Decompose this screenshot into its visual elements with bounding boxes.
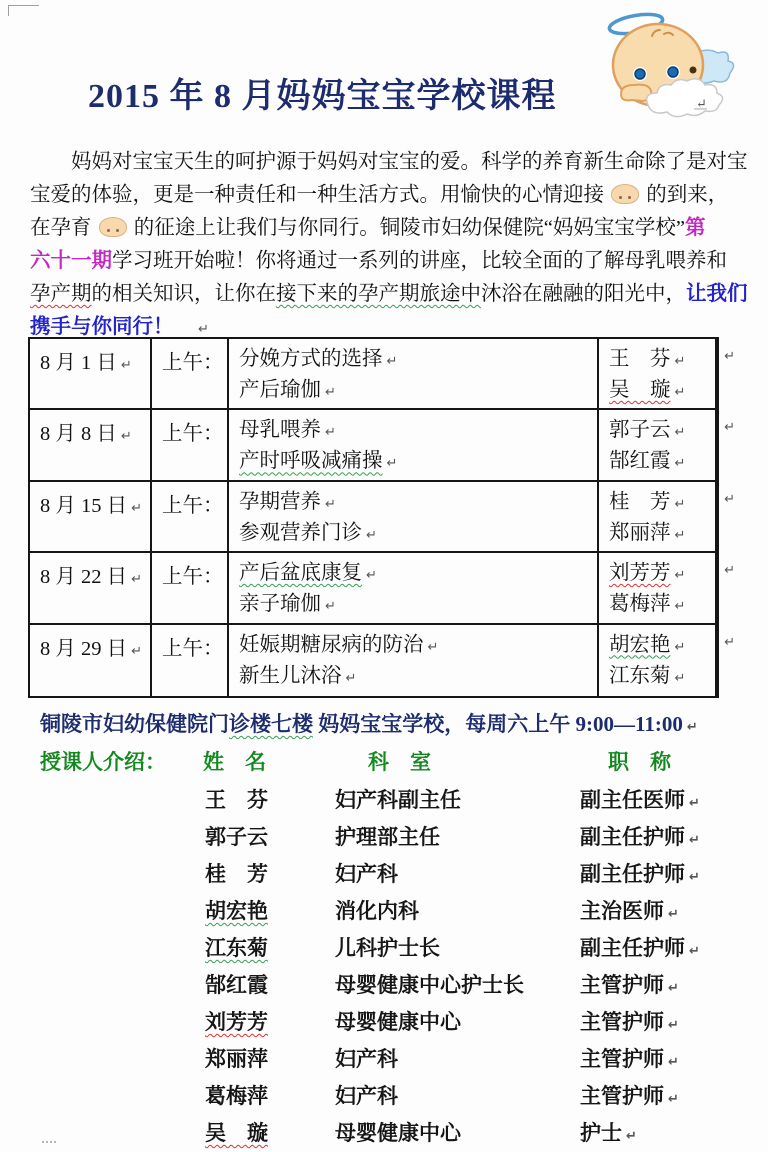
baby-eye-right bbox=[668, 67, 678, 77]
paragraph-line: 在孕育 的征途上让我们与你同行。铜陵市妇幼保健院“妈妈宝宝学校”第 bbox=[30, 213, 754, 246]
topic-line: 产后盆底康复↵ bbox=[239, 559, 595, 590]
location-time-note: 铜陵市妇幼保健院门诊楼七楼 妈妈宝宝学校，每周六上午 9:00—11:00↵ bbox=[40, 708, 698, 738]
instructor-department: 母婴健康中心 bbox=[335, 1006, 461, 1036]
text-segment: 在孕育 bbox=[30, 217, 97, 239]
text-segment: 让我们 bbox=[686, 283, 748, 305]
instructor-title: 副主任护师↵ bbox=[580, 858, 700, 888]
text-segment: 接下来的孕产期旅途中 bbox=[276, 283, 481, 305]
text-segment: 郜红霞 bbox=[609, 450, 671, 472]
text-segment: 郑丽萍 bbox=[609, 522, 671, 544]
text-segment: 郭子云 bbox=[609, 419, 671, 441]
text-segment: 第 bbox=[685, 217, 706, 239]
instructor-name-line: 郭子云↵ bbox=[609, 416, 713, 447]
text-segment bbox=[174, 316, 195, 338]
paragraph-mark: ↵ bbox=[675, 425, 686, 440]
text-segment: 王 芬 bbox=[609, 348, 671, 370]
paragraph-mark: ↵ bbox=[675, 568, 686, 583]
instructor-title: 主管护师↵ bbox=[580, 969, 679, 999]
text-segment: 沐浴在融融的阳光中， bbox=[481, 283, 686, 305]
list-item: 胡宏艳消化内科主治医师↵ bbox=[40, 895, 752, 932]
text-segment: 主管护师 bbox=[580, 1084, 664, 1108]
topic-cell: 妊娠期糖尿病的防治↵新生儿沐浴↵ bbox=[229, 625, 599, 696]
angel-baby-illustration bbox=[576, 6, 744, 120]
paragraph-mark: ↵ bbox=[668, 907, 679, 922]
instructor-list-header: 授课人介绍：姓 名科 室职 称 bbox=[40, 746, 752, 784]
text-segment: 上午： bbox=[162, 352, 224, 374]
paragraph-mark: ↵ bbox=[366, 528, 377, 543]
time-cell: 上午：↵ bbox=[152, 410, 229, 479]
instructor-name-line: 江东菊↵ bbox=[609, 662, 713, 693]
list-item: 王 芬妇产科副主任副主任医师↵ bbox=[40, 784, 752, 821]
paragraph-mark: ↵ bbox=[346, 671, 357, 686]
text-segment: 吴 璇 bbox=[609, 379, 671, 401]
paragraph-mark: ↵ bbox=[675, 385, 686, 400]
text-segment: 上午： bbox=[162, 423, 224, 445]
list-item: 刘芳芳母婴健康中心主管护师↵ bbox=[40, 1006, 752, 1043]
text-segment: 8 月 15 日 bbox=[40, 495, 127, 517]
paragraph-mark: ↵ bbox=[428, 640, 439, 655]
date-cell: 8 月 29 日↵ bbox=[30, 625, 152, 696]
instructor-department: 母婴健康中心 bbox=[335, 1117, 461, 1147]
topic-line: 产时呼吸减痛操↵ bbox=[239, 447, 595, 478]
instructor-name-line: 王 芬↵ bbox=[609, 345, 713, 376]
paragraph-line: 妈妈对宝宝天生的呵护源于妈妈对宝宝的爱。科学的养育新生命除了是对宝 bbox=[30, 147, 754, 180]
paragraph-mark: ↵ bbox=[366, 568, 377, 583]
paragraph-mark: ↵ bbox=[387, 354, 398, 369]
topic-line: 孕期营养↵ bbox=[239, 488, 595, 519]
paragraph-mark: ↵ bbox=[325, 497, 336, 512]
topic-line: 妊娠期糖尿病的防治↵ bbox=[239, 631, 595, 662]
table-row: 8 月 22 日↵上午：↵产后盆底康复↵亲子瑜伽↵刘芳芳↵葛梅萍↵↵ bbox=[30, 553, 717, 624]
table-row: 8 月 29 日↵上午：↵妊娠期糖尿病的防治↵新生儿沐浴↵胡宏艳↵江东菊↵↵ bbox=[30, 625, 717, 696]
text-segment: 参观营养门诊 bbox=[239, 522, 362, 544]
text-segment: 诊楼七楼 bbox=[229, 712, 313, 736]
text-segment: 母乳喂养 bbox=[239, 419, 321, 441]
instructor-department: 妇产科副主任 bbox=[335, 784, 461, 814]
text-segment: 主管护师 bbox=[580, 1047, 664, 1071]
baby-face-icon bbox=[611, 184, 639, 204]
paragraph-mark: ↵ bbox=[689, 796, 700, 811]
date-cell: 8 月 1 日↵ bbox=[30, 339, 152, 408]
paragraph-mark: ↵ bbox=[626, 1129, 637, 1144]
paragraph-mark: ↵ bbox=[325, 599, 336, 614]
text-segment: 产后盆底康复 bbox=[239, 562, 362, 584]
topic-line: 参观营养门诊↵ bbox=[239, 519, 595, 550]
paragraph-mark: ↵ bbox=[675, 354, 686, 369]
text-segment: 护士 bbox=[580, 1121, 622, 1145]
paragraph-mark: ↵ bbox=[689, 944, 700, 959]
paragraph-mark: ↵ bbox=[325, 425, 336, 440]
text-segment: 孕期营养 bbox=[239, 491, 321, 513]
intro-paragraph: 妈妈对宝宝天生的呵护源于妈妈对宝宝的爱。科学的养育新生命除了是对宝宝爱的体验，更… bbox=[30, 147, 754, 345]
paragraph-mark: ↵ bbox=[668, 981, 679, 996]
instructor-department: 妇产科 bbox=[335, 1043, 398, 1073]
instructor-name: 胡宏艳 bbox=[205, 895, 268, 925]
text-segment: 上午： bbox=[162, 566, 224, 588]
paragraph-mark: ↵ bbox=[675, 528, 686, 543]
text-segment: 六十一期 bbox=[30, 250, 112, 272]
text-segment: 分娩方式的选择 bbox=[239, 348, 383, 370]
paragraph-mark: ↵ bbox=[131, 501, 142, 516]
paragraph-mark: ↵ bbox=[668, 1092, 679, 1107]
paragraph-line: 宝爱的体验，更是一种责任和一种生活方式。用愉快的心情迎接 的到来， bbox=[30, 180, 754, 213]
list-item: 桂 芳妇产科副主任护师↵ bbox=[40, 858, 752, 895]
paragraph-mark: ↵ bbox=[689, 870, 700, 885]
text-segment: 携手与你同行！ bbox=[30, 316, 174, 338]
text-segment: 上午： bbox=[162, 495, 224, 517]
text-segment: 副主任医师 bbox=[580, 788, 685, 812]
document-page: 2015 年 8 月妈妈宝宝学校课程 ↵ 妈妈对宝宝天生的呵护源于妈妈对宝宝的爱… bbox=[0, 0, 768, 1152]
instructor-title: 护士↵ bbox=[580, 1117, 637, 1147]
baby-ear-dot bbox=[690, 67, 697, 74]
instructor-department: 儿科护士长 bbox=[335, 932, 440, 962]
instructor-department: 母婴健康中心护士长 bbox=[335, 969, 524, 999]
text-segment: 副主任护师 bbox=[580, 825, 685, 849]
column-header: 职 称 bbox=[608, 746, 671, 776]
row-end-mark: ↵ bbox=[724, 563, 735, 578]
paragraph-mark: ↵ bbox=[121, 429, 132, 444]
baby-eye-left bbox=[635, 69, 645, 79]
instructor-name: 葛梅萍 bbox=[205, 1080, 268, 1110]
paragraph-mark: ↵ bbox=[131, 644, 142, 659]
topic-cell: 孕期营养↵参观营养门诊↵ bbox=[229, 482, 599, 551]
text-segment: 8 月 22 日 bbox=[40, 566, 127, 588]
list-item: 吴 璇母婴健康中心护士↵ bbox=[40, 1117, 752, 1152]
instructor-title: 副主任护师↵ bbox=[580, 932, 700, 962]
list-item: 郭子云护理部主任副主任护师↵ bbox=[40, 821, 752, 858]
list-item: 葛梅萍妇产科主管护师↵ bbox=[40, 1080, 752, 1117]
instructor-department: 妇产科 bbox=[335, 1080, 398, 1110]
paragraph-mark: ↵ bbox=[668, 1018, 679, 1033]
instructor-name: 吴 璇 bbox=[205, 1117, 268, 1147]
text-segment: 8 月 1 日 bbox=[40, 352, 117, 374]
row-end-mark: ↵ bbox=[724, 420, 735, 435]
instructor-name: 桂 芳 bbox=[205, 858, 268, 888]
text-segment: 妈妈对宝宝天生的呵护源于妈妈对宝宝的爱。科学的养育新生命除了是对宝 bbox=[30, 151, 748, 173]
text-segment: 新生儿沐浴 bbox=[239, 665, 342, 687]
instructor-name-line: 葛梅萍↵ bbox=[609, 590, 713, 621]
text-segment: 产时呼吸减痛操 bbox=[239, 450, 383, 472]
table-row: 8 月 1 日↵上午：↵分娩方式的选择↵产后瑜伽↵王 芬↵吴 璇↵↵ bbox=[30, 339, 717, 410]
topic-line: 亲子瑜伽↵ bbox=[239, 590, 595, 621]
instructor-name-line: 郑丽萍↵ bbox=[609, 519, 713, 550]
date-cell: 8 月 15 日↵ bbox=[30, 482, 152, 551]
column-header: 科 室 bbox=[368, 746, 431, 776]
text-segment: 8 月 8 日 bbox=[40, 423, 117, 445]
paragraph-mark: ↵ bbox=[325, 385, 336, 400]
topic-line: 产后瑜伽↵ bbox=[239, 376, 595, 407]
text-boundary-corner-mark bbox=[8, 5, 39, 16]
text-segment: 上午： bbox=[162, 638, 224, 660]
text-segment: 宝爱的体验，更是一种责任和一种生活方式。用愉快的心情迎接 bbox=[30, 184, 609, 206]
instructor-name-line: 吴 璇↵ bbox=[609, 376, 713, 407]
text-segment: 的到来， bbox=[641, 184, 728, 206]
column-header: 姓 名 bbox=[203, 746, 266, 776]
text-segment: 副主任护师 bbox=[580, 936, 685, 960]
text-segment: 产后瑜伽 bbox=[239, 379, 321, 401]
instructor-cell: 郭子云↵郜红霞↵ bbox=[599, 410, 717, 479]
instructor-department: 妇产科 bbox=[335, 858, 398, 888]
instructor-name: 江东菊 bbox=[205, 932, 268, 962]
paragraph-line: 六十一期学习班开始啦！你将通过一系列的讲座，比较全面的了解母乳喂养和 bbox=[30, 246, 754, 279]
instructor-department: 消化内科 bbox=[335, 895, 419, 925]
list-item: 郜红霞母婴健康中心护士长主管护师↵ bbox=[40, 969, 752, 1006]
instructor-title: 主管护师↵ bbox=[580, 1043, 679, 1073]
paragraph-mark: ↵ bbox=[675, 640, 686, 655]
instructor-title: 副主任医师↵ bbox=[580, 784, 700, 814]
time-cell: 上午：↵ bbox=[152, 553, 229, 622]
text-segment: 副主任护师 bbox=[580, 862, 685, 886]
instructor-cell: 刘芳芳↵葛梅萍↵ bbox=[599, 553, 717, 622]
text-segment: 主管护师 bbox=[580, 1010, 664, 1034]
topic-line: 母乳喂养↵ bbox=[239, 416, 595, 447]
topic-line: 新生儿沐浴↵ bbox=[239, 662, 595, 693]
text-segment: 的相关知识，让你在 bbox=[92, 283, 277, 305]
instructor-name-line: 刘芳芳↵ bbox=[609, 559, 713, 590]
row-end-mark: ↵ bbox=[724, 492, 735, 507]
instructor-title: 主治医师↵ bbox=[580, 895, 679, 925]
instructor-title: 主管护师↵ bbox=[580, 1080, 679, 1110]
text-segment: 的征途上让我们与你同行。铜陵市妇幼保健院“妈妈宝宝学校” bbox=[129, 217, 685, 239]
paragraph-mark: ↵ bbox=[121, 358, 132, 373]
instructor-name-line: 郜红霞↵ bbox=[609, 447, 713, 478]
time-cell: 上午：↵ bbox=[152, 625, 229, 696]
instructor-cell: 桂 芳↵郑丽萍↵ bbox=[599, 482, 717, 551]
paragraph-mark: ↵ bbox=[675, 497, 686, 512]
paragraph-mark: ↵ bbox=[687, 720, 698, 735]
text-segment: 刘芳芳 bbox=[609, 562, 671, 584]
text-segment: 铜陵市妇幼保健院门 bbox=[40, 712, 229, 736]
instructors-section: 授课人介绍：姓 名科 室职 称 王 芬妇产科副主任副主任医师↵郭子云护理部主任副… bbox=[40, 746, 752, 1152]
text-segment: 主管护师 bbox=[580, 973, 664, 997]
instructor-name: 王 芬 bbox=[205, 784, 268, 814]
text-segment: 葛梅萍 bbox=[609, 593, 671, 615]
paragraph-mark: ↵ bbox=[668, 1055, 679, 1070]
text-segment: 胡宏艳 bbox=[609, 634, 671, 656]
text-segment: 8 月 29 日 bbox=[40, 638, 127, 660]
instructor-department: 护理部主任 bbox=[335, 821, 440, 851]
instructor-name-line: 桂 芳↵ bbox=[609, 488, 713, 519]
date-cell: 8 月 22 日↵ bbox=[30, 553, 152, 622]
paragraph-line: 孕产期的相关知识，让你在接下来的孕产期旅途中沐浴在融融的阳光中，让我们 bbox=[30, 279, 754, 312]
paragraph-mark: ↵ bbox=[131, 572, 142, 587]
text-segment: 桂 芳 bbox=[609, 491, 671, 513]
text-segment: 主治医师 bbox=[580, 899, 664, 923]
table-row: 8 月 8 日↵上午：↵母乳喂养↵产时呼吸减痛操↵郭子云↵郜红霞↵↵ bbox=[30, 410, 717, 481]
paragraph-mark: ↵ bbox=[387, 456, 398, 471]
table-row: 8 月 15 日↵上午：↵孕期营养↵参观营养门诊↵桂 芳↵郑丽萍↵↵ bbox=[30, 482, 717, 553]
paragraph-mark: ↵ bbox=[675, 671, 686, 686]
text-segment: 妊娠期糖尿病的防治 bbox=[239, 634, 424, 656]
paragraph-mark: ↵ bbox=[689, 833, 700, 848]
row-end-mark: ↵ bbox=[724, 349, 735, 364]
instructor-title: 主管护师↵ bbox=[580, 1006, 679, 1036]
topic-cell: 分娩方式的选择↵产后瑜伽↵ bbox=[229, 339, 599, 408]
instructor-list: 王 芬妇产科副主任副主任医师↵郭子云护理部主任副主任护师↵桂 芳妇产科副主任护师… bbox=[40, 784, 752, 1152]
topic-line: 分娩方式的选择↵ bbox=[239, 345, 595, 376]
instructor-name: 郑丽萍 bbox=[205, 1043, 268, 1073]
text-segment: 妈妈宝宝学校，每周六上午 9:00—11:00 bbox=[313, 712, 683, 736]
paragraph-mark: ↵ bbox=[675, 456, 686, 471]
text-segment: 亲子瑜伽 bbox=[239, 593, 321, 615]
list-item: 江东菊儿科护士长副主任护师↵ bbox=[40, 932, 752, 969]
date-cell: 8 月 8 日↵ bbox=[30, 410, 152, 479]
paragraph-mark: ↵ bbox=[696, 96, 707, 112]
row-end-mark: ↵ bbox=[724, 635, 735, 650]
list-item: 郑丽萍妇产科主管护师↵ bbox=[40, 1043, 752, 1080]
text-segment: 孕产期 bbox=[30, 283, 92, 305]
text-segment: 江东菊 bbox=[609, 665, 671, 687]
paragraph-mark: ↵ bbox=[198, 322, 209, 337]
paragraph-mark: ↵ bbox=[675, 599, 686, 614]
instructor-name-line: 胡宏艳↵ bbox=[609, 631, 713, 662]
instructor-name: 郜红霞 bbox=[205, 969, 268, 999]
baby-face-icon bbox=[99, 217, 127, 237]
text-segment: 学习班开始啦！你将通过一系列的讲座，比较全面的了解母乳喂养和 bbox=[112, 250, 727, 272]
instructor-name: 郭子云 bbox=[205, 821, 268, 851]
schedule-table: 8 月 1 日↵上午：↵分娩方式的选择↵产后瑜伽↵王 芬↵吴 璇↵↵8 月 8 … bbox=[28, 337, 719, 698]
topic-cell: 产后盆底康复↵亲子瑜伽↵ bbox=[229, 553, 599, 622]
instructor-title: 副主任护师↵ bbox=[580, 821, 700, 851]
topic-cell: 母乳喂养↵产时呼吸减痛操↵ bbox=[229, 410, 599, 479]
page-title: 2015 年 8 月妈妈宝宝学校课程 bbox=[88, 68, 557, 117]
instructor-name: 刘芳芳 bbox=[205, 1006, 268, 1036]
instructor-cell: 王 芬↵吴 璇↵ bbox=[599, 339, 717, 408]
time-cell: 上午：↵ bbox=[152, 482, 229, 551]
instructor-cell: 胡宏艳↵江东菊↵ bbox=[599, 625, 717, 696]
instructors-label: 授课人介绍： bbox=[40, 746, 166, 776]
time-cell: 上午：↵ bbox=[152, 339, 229, 408]
